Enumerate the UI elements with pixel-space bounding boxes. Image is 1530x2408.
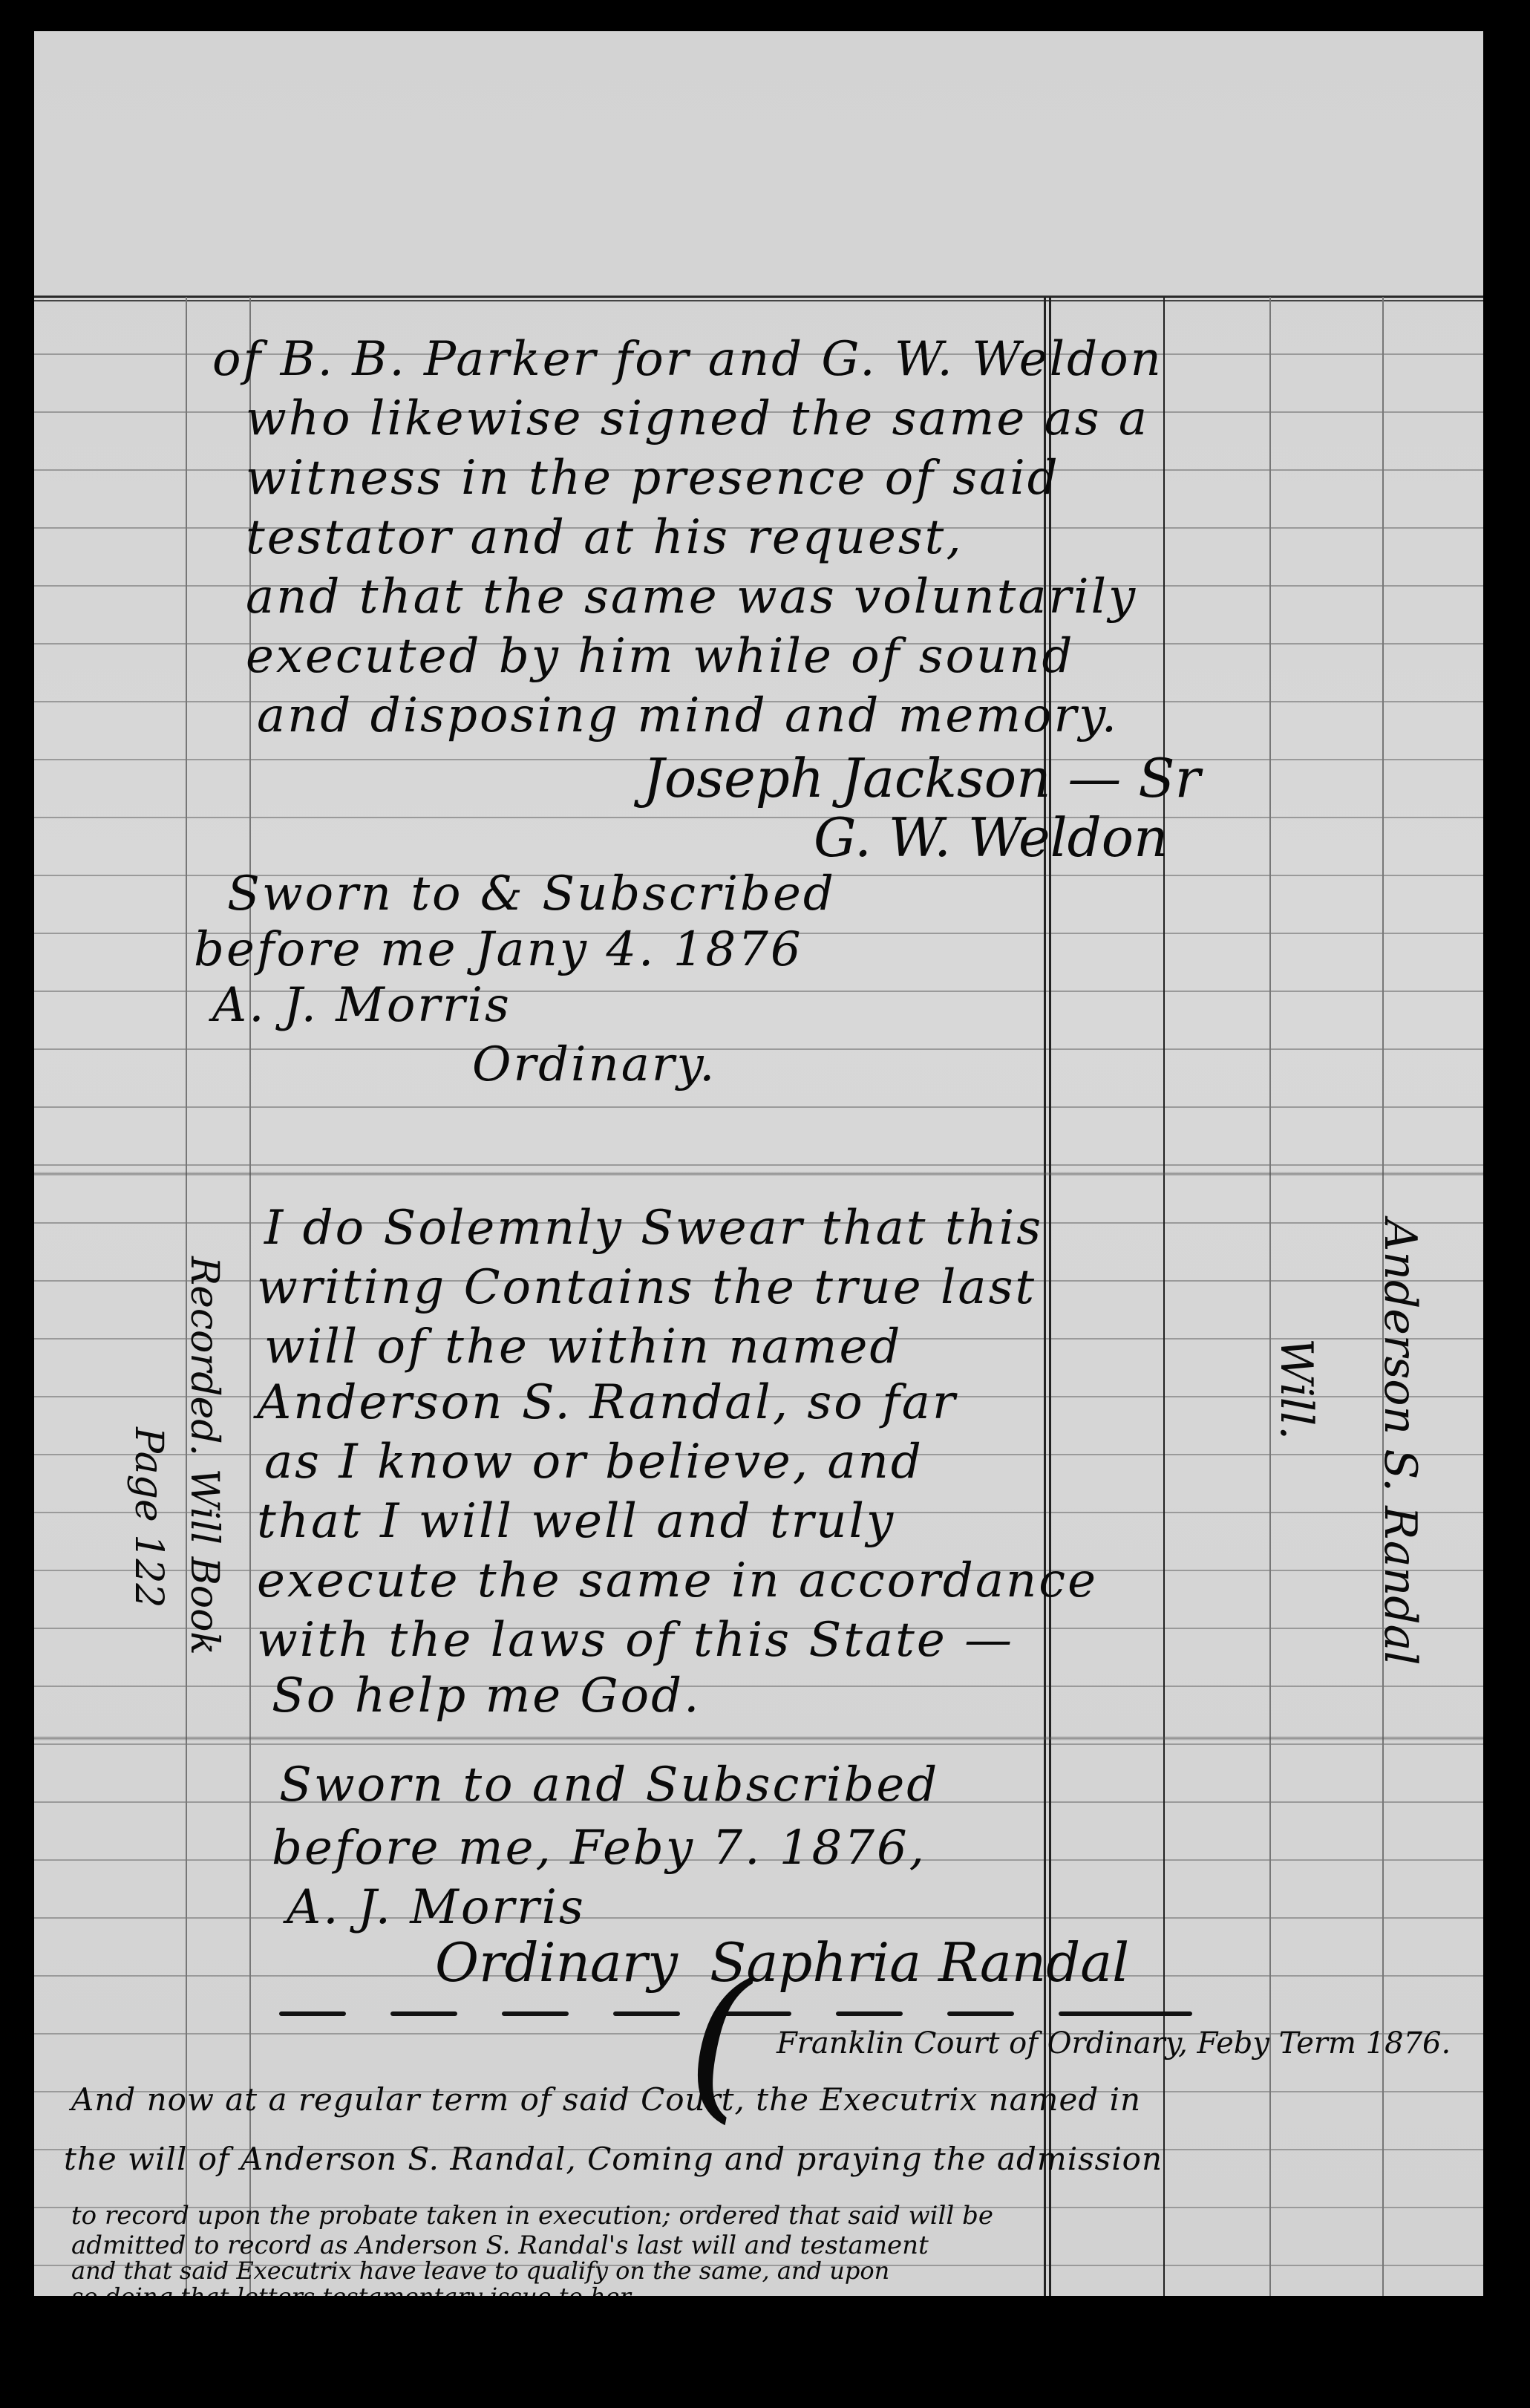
margin-note-page-number: Page 122 — [129, 1427, 168, 1608]
text-line: writing Contains the true last — [257, 1264, 1036, 1311]
text-line: as I know or believe, and — [264, 1438, 923, 1486]
text-line: before me, Feby 7. 1876, — [272, 1824, 926, 1872]
signature-aj-morris: A. J. Morris — [212, 982, 511, 1029]
text-line: Anderson S. Randal, so far — [257, 1379, 958, 1426]
court-heading: Franklin Court of Ordinary, Feby Term 18… — [777, 2029, 1451, 2058]
text-line: before me Jany 4. 1876 — [194, 926, 803, 973]
signature-saphria-randal: Saphria Randal — [710, 1936, 1129, 1989]
text-line: who likewise signed the same as a — [246, 395, 1149, 443]
text-line: admitted to record as Anderson S. Randal… — [71, 2233, 929, 2258]
margin-note-testator-name: Anderson S. Randal — [1378, 1219, 1422, 1665]
text-line: Sworn to & Subscribed — [227, 870, 836, 918]
margin-note-recorded-will-book: Recorded. Will Book — [185, 1256, 223, 1655]
signature-aj-morris: A. J. Morris — [287, 1884, 586, 1931]
text-line: of B. B. Parker for and G. W. Weldon — [212, 336, 1163, 383]
ordinary-title: Ordinary — [435, 1936, 678, 1989]
text-line: will of the within named — [264, 1323, 902, 1371]
text-line: testator and at his request, — [246, 514, 964, 561]
text-line: and that said Executrix have leave to qu… — [71, 2259, 889, 2283]
text-line: executed by him while of sound — [246, 633, 1075, 680]
signature-joseph-jackson: Joseph Jackson — Sr — [643, 751, 1200, 805]
text-line: I do Solemnly Swear that this — [264, 1204, 1043, 1252]
text-line: So help me God. — [272, 1672, 701, 1720]
paper-fold-line — [34, 1736, 1483, 1740]
document-page: of B. B. Parker for and G. W. Weldon who… — [34, 31, 1483, 2296]
ordinary-title: Ordinary. — [472, 1041, 716, 1089]
margin-note-will-label: Will. — [1274, 1338, 1318, 1440]
text-line: with the laws of this State — — [257, 1616, 1014, 1664]
signature-gw-weldon: G. W. Weldon — [814, 811, 1168, 864]
text-line: And now at a regular term of said Court,… — [71, 2084, 1141, 2115]
separator-dashes — [279, 2006, 1237, 2011]
paper-fold-line — [34, 1172, 1483, 1176]
text-line: and that the same was voluntarily — [246, 573, 1137, 621]
text-line: the will of Anderson S. Randal, Coming a… — [64, 2144, 1163, 2175]
text-line: witness in the presence of said — [246, 454, 1060, 502]
column-line — [1163, 297, 1165, 2296]
text-line: execute the same in accordance — [257, 1557, 1098, 1605]
text-line: Sworn to and Subscribed — [279, 1761, 939, 1809]
text-line: and disposing mind and memory. — [257, 692, 1119, 740]
text-line: that I will well and truly — [257, 1498, 895, 1545]
text-line: to record upon the probate taken in exec… — [71, 2203, 993, 2228]
text-line: so doing that letters testamentary issue… — [71, 2285, 636, 2296]
column-line — [1269, 297, 1271, 2296]
